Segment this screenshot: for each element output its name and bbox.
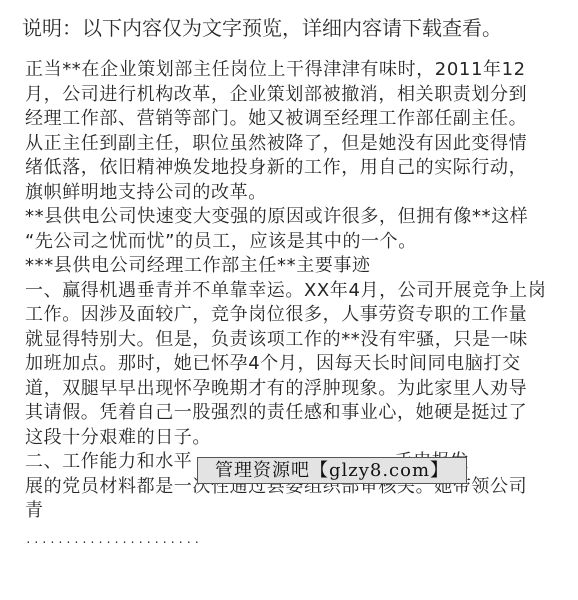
text-line: 青 (25, 499, 555, 524)
text-line: 工作。因涉及面较广，竞争岗位很多，人事劳资专职的工作量 (25, 303, 555, 328)
text-line: 绪低落，依旧精神焕发地投身新的工作，用自己的实际行动， (25, 156, 555, 181)
document-body: 正当**在企业策划部主任岗位上干得津津有味时，2011年12 月，公司进行机构改… (25, 58, 555, 524)
text-line: 就显得特别大。但是，负责该项工作的**没有牢骚，只是一味 (25, 328, 555, 353)
text-line: “先公司之忧而忧”的员工，应该是其中的一个。 (25, 230, 555, 255)
text-line: 旗帜鲜明地支持公司的改革。 (25, 181, 555, 206)
text-line: 从正主任到副主任，职位虽然被降了，但是她没有因此变得情 (25, 132, 555, 157)
text-line: 这段十分艰难的日子。 (25, 426, 555, 451)
text-line: 经理工作部、营销等部门。她又被调至经理工作部任副主任。 (25, 107, 555, 132)
text-line: 正当**在企业策划部主任岗位上干得津津有味时，2011年12 (25, 58, 555, 83)
truncation-ellipsis: ······················ (25, 536, 202, 549)
watermark-banner: 管理资源吧【glzy8.com】 (197, 457, 467, 484)
text-line: **县供电公司快速变大变强的原因或许很多，但拥有像**这样 (25, 205, 555, 230)
text-line: 其请假。凭着自己一股强烈的责任感和事业心，她硬是挺过了 (25, 401, 555, 426)
preview-notice: 说明：以下内容仅为文字预览，详细内容请下载查看。 (22, 15, 502, 41)
text-line: 道，双腿早早出现怀孕晚期才有的浮肿现象。为此家里人劝导 (25, 377, 555, 402)
text-line: ***县供电公司经理工作部主任**主要事迹 (25, 254, 555, 279)
text-line: 月，公司进行机构改革，企业策划部被撤消，相关职责划分到 (25, 83, 555, 108)
text-line: 加班加点。那时，她已怀孕4个月，因每天长时间同电脑打交 (25, 352, 555, 377)
text-line: 一、赢得机遇垂青并不单靠幸运。XX年4月，公司开展竞争上岗 (25, 279, 555, 304)
